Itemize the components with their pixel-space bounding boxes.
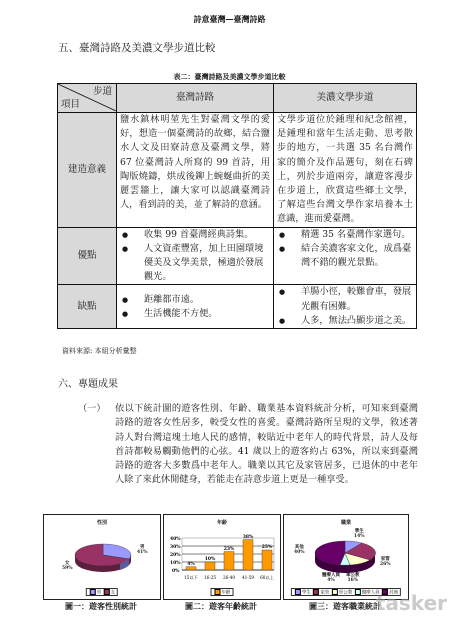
age-bar-chart: 年齡 40%30%20%10%0% 4%10%23%38%25% 15以下16-… [163,514,281,600]
row-label: 建造意義 [58,113,117,228]
list-item: 收集 99 首臺灣經典詩集。 [120,228,270,242]
comparison-table: 步道 項目 臺灣詩路 美濃文學步道 建造意義 鹽水鎮林明堃先生對臺灣文學的愛好，… [57,83,417,329]
svg-text:10%: 10% [205,556,216,562]
watermark-logo: tasker [376,591,447,615]
table-header-row: 步道 項目 臺灣詩路 美濃文學步道 [58,84,417,113]
column-header-taiwan-poetry-road: 臺灣詩路 [117,84,274,113]
paragraph-text: 依以下統計圖的遊客性別、年齡、職業基本資料統計分析，可知來到臺灣詩路的遊客女性居… [115,402,418,488]
bar-graphic: 40%30%20%10%0% 4%10%23%38%25% 15以下16-252… [168,529,276,585]
chart-title: 性別 [44,519,160,526]
svg-text:4%: 4% [187,561,195,567]
table-cell: 鹽水鎮林明堃先生對臺灣文學的愛好，想造一個臺灣詩的故鄉，結合鹽水人文及田寮詩意及… [117,113,274,228]
svg-text:23%: 23% [224,546,235,552]
figure-caption-age: 圖二：遊客年齡統計 [163,601,279,612]
pie-graphic [72,543,134,577]
svg-text:16-25: 16-25 [204,575,216,580]
list-item: 人文資產豐富，加上田園環境優美及文學美景，極適於發展觀光。 [120,242,270,285]
table-source-note: 資料來源: 本組分析彙整 [62,346,137,356]
data-label-other: 其他40% [294,545,305,555]
chart-legend: 男 女 [86,588,118,597]
list-item: 精選 35 名臺灣作家選句。 [277,228,413,242]
data-label-medical: 醫療人員4% [322,573,340,583]
svg-text:41-59: 41-59 [242,575,254,580]
list-item: 結合美濃客家文化，成爲臺灣不錯的觀光景點。 [277,242,413,270]
svg-text:15以下: 15以下 [184,574,199,581]
svg-text:40%: 40% [170,536,181,542]
list-item: 生活機能不方便。 [120,307,270,321]
table-caption: 表二：臺灣詩路及美濃文學步道比較 [0,72,459,82]
svg-text:30%: 30% [170,544,181,550]
bullet-list: 距離都市遠。 生活機能不方便。 [120,293,270,321]
table-cell: 收集 99 首臺灣經典詩集。 人文資產豐富，加上田園環境優美及文學美景，極適於發… [117,227,274,285]
results-paragraph: （一） 依以下統計圖的遊客性別、年齡、職業基本資料統計分析，可知來到臺灣詩路的遊… [78,402,418,488]
svg-text:0%: 0% [172,568,180,574]
running-head: 詩意臺灣—臺灣詩路 [0,14,459,25]
list-item: 羊腸小徑，較難會車，發展光觀有困難。 [277,285,413,313]
table-cell: 文學步道位於鍾理和紀念館裡，是鍾理和當年生活走動、思考散步的地方，一共選 35 … [274,113,417,228]
row-label: 缺點 [58,285,117,329]
svg-text:20%: 20% [170,552,181,558]
bullet-list: 羊腸小徑，較難會車，發展光觀有困難。 人多，無法凸顯步道之美。 [277,285,413,328]
row-label: 優點 [58,227,117,285]
table-row: 缺點 距離都市遠。 生活機能不方便。 羊腸小徑，較難會車，發展光觀有困難。 人多… [58,285,417,329]
table-cell: 距離都市遠。 生活機能不方便。 [117,285,274,329]
list-item: 人多，無法凸顯步道之美。 [277,314,413,328]
data-label-student: 學生14% [354,529,365,539]
chart-title: 年齡 [164,519,280,526]
chart-legend: 年齡 [211,588,234,597]
table-row: 優點 收集 99 首臺灣經典詩集。 人文資產豐富，加上田園環境優美及文學美景，極… [58,227,417,285]
data-label-female: 女59% [62,561,73,571]
table-cell: 羊腸小徑，較難會車，發展光觀有困難。 人多，無法凸顯步道之美。 [274,285,417,329]
svg-text:10%: 10% [170,560,181,566]
column-header-meinong-trail: 美濃文學步道 [274,84,417,113]
table-row: 建造意義 鹽水鎮林明堃先生對臺灣文學的愛好，想造一個臺灣詩的故鄉，結合鹽水人文及… [58,113,417,228]
section-6-heading: 六、專題成果 [58,375,118,390]
table-cell: 精選 35 名臺灣作家選句。 結合美濃客家文化，成爲臺灣不錯的觀光景點。 [274,227,417,285]
figure-caption-gender: 圖一：遊客性別統計 [43,601,159,612]
data-label-homemaker: 家管26% [380,557,391,567]
corner-label-item: 項目 [61,98,80,112]
data-label-public-servant: 軍公教16% [346,573,360,583]
corner-label-trail: 步道 [93,85,112,99]
section-5-heading: 五、臺灣詩路及美濃文學步道比較 [58,40,216,55]
svg-text:25%: 25% [262,544,273,550]
list-item: 距離都市遠。 [120,293,270,307]
corner-header-cell: 步道 項目 [58,84,117,113]
gender-pie-chart: 性別 男41% 女59% 男 女 [43,514,161,600]
data-label-male: 男41% [137,545,148,555]
svg-text:26-40: 26-40 [223,575,235,580]
svg-text:60以上: 60以上 [260,574,274,581]
bullet-list: 收集 99 首臺灣經典詩集。 人文資產豐富，加上田園環境優美及文學美景，極適於發… [120,228,270,285]
bullet-list: 精選 35 名臺灣作家選句。 結合美濃客家文化，成爲臺灣不錯的觀光景點。 [277,228,413,271]
svg-text:38%: 38% [243,534,254,540]
paragraph-number: （一） [78,402,106,416]
chart-title: 職業 [284,519,408,526]
occupation-pie-chart: 職業 學生14% 家管26% 軍公教16% 醫療人員4% 其他40% 學生 家管… [283,514,409,600]
